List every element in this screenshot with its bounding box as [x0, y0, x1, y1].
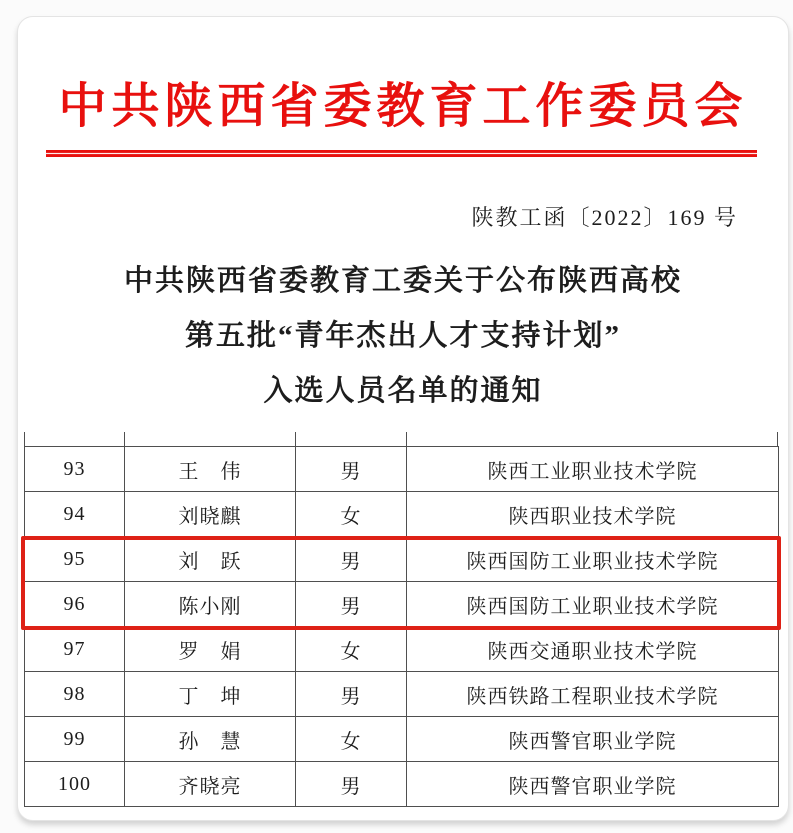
- notice-title-line-2: 第五批“青年杰出人才支持计划”: [18, 309, 788, 364]
- gender-cell: 男: [296, 762, 407, 807]
- gender-cell: 男: [296, 447, 407, 492]
- name-cell: 罗 娟: [125, 627, 296, 672]
- institution-cell: 陕西铁路工程职业技术学院: [407, 672, 779, 717]
- row-number-cell: 99: [25, 717, 125, 762]
- gender-cell: 女: [296, 492, 407, 537]
- gender-cell: 男: [296, 582, 407, 627]
- row-number-cell: 97: [25, 627, 125, 672]
- institution-cell: 陕西警官职业学院: [407, 717, 779, 762]
- institution-cell: 陕西国防工业职业技术学院: [407, 537, 779, 582]
- document-page: 中共陕西省委教育工作委员会 陕教工函〔2022〕169 号 中共陕西省委教育工委…: [17, 16, 789, 821]
- table-row-highlighted: 96陈小刚男陕西国防工业职业技术学院: [25, 582, 779, 627]
- table-edge-stub: [24, 432, 25, 446]
- name-cell: 刘 跃: [125, 537, 296, 582]
- notice-title-line-3: 入选人员名单的通知: [18, 364, 788, 419]
- name-cell: 刘晓麒: [125, 492, 296, 537]
- gender-cell: 女: [296, 717, 407, 762]
- gender-cell: 男: [296, 537, 407, 582]
- name-cell: 陈小刚: [125, 582, 296, 627]
- table-row: 99孙 慧女陕西警官职业学院: [25, 717, 779, 762]
- document-number: 陕教工函〔2022〕169 号: [471, 201, 738, 232]
- gender-cell: 男: [296, 672, 407, 717]
- notice-title: 中共陕西省委教育工委关于公布陕西高校 第五批“青年杰出人才支持计划” 入选人员名…: [18, 254, 788, 419]
- row-number-cell: 96: [25, 582, 125, 627]
- awardee-table: 93王 伟男陕西工业职业技术学院94刘晓麒女陕西职业技术学院95刘 跃男陕西国防…: [24, 446, 779, 807]
- table-edge-stub: [777, 432, 778, 446]
- row-number-cell: 100: [25, 762, 125, 807]
- name-cell: 王 伟: [125, 447, 296, 492]
- name-cell: 齐晓亮: [125, 762, 296, 807]
- table-edge-stub: [295, 432, 296, 446]
- row-number-cell: 98: [25, 672, 125, 717]
- row-number-cell: 94: [25, 492, 125, 537]
- table-row: 98丁 坤男陕西铁路工程职业技术学院: [25, 672, 779, 717]
- red-separator-line: [46, 150, 757, 157]
- name-cell: 丁 坤: [125, 672, 296, 717]
- table-edge-stub: [406, 432, 407, 446]
- table-row: 94刘晓麒女陕西职业技术学院: [25, 492, 779, 537]
- table-row: 100齐晓亮男陕西警官职业学院: [25, 762, 779, 807]
- table-edge-stub: [124, 432, 125, 446]
- institution-cell: 陕西工业职业技术学院: [407, 447, 779, 492]
- gender-cell: 女: [296, 627, 407, 672]
- institution-cell: 陕西国防工业职业技术学院: [407, 582, 779, 627]
- table-row: 97罗 娟女陕西交通职业技术学院: [25, 627, 779, 672]
- issuing-org-title: 中共陕西省委教育工作委员会: [18, 67, 788, 136]
- institution-cell: 陕西警官职业学院: [407, 762, 779, 807]
- name-cell: 孙 慧: [125, 717, 296, 762]
- notice-title-line-1: 中共陕西省委教育工委关于公布陕西高校: [18, 254, 788, 309]
- institution-cell: 陕西职业技术学院: [407, 492, 779, 537]
- table-row: 93王 伟男陕西工业职业技术学院: [25, 447, 779, 492]
- row-number-cell: 93: [25, 447, 125, 492]
- institution-cell: 陕西交通职业技术学院: [407, 627, 779, 672]
- row-number-cell: 95: [25, 537, 125, 582]
- table-row-highlighted: 95刘 跃男陕西国防工业职业技术学院: [25, 537, 779, 582]
